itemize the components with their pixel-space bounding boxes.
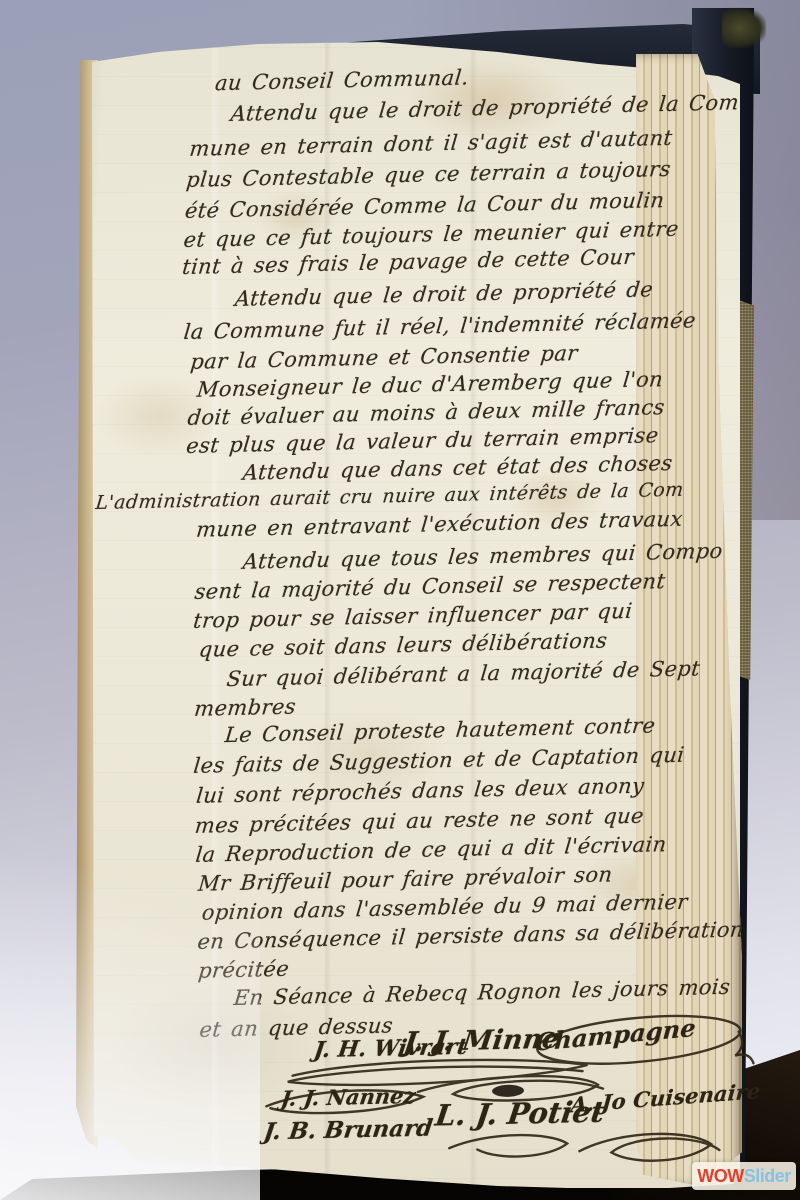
manuscript-line: que ce soit dans leurs délibérations xyxy=(198,630,609,660)
manuscript-line: Attendu que le droit de propriété de la … xyxy=(230,92,740,125)
manuscript-line: Sur quoi délibérant a la majorité de Sep… xyxy=(226,658,702,690)
manuscript-line: la Commune fut il réel, l'indemnité récl… xyxy=(183,310,697,343)
manuscript-line: trop pour se laisser influencer par qui xyxy=(192,601,633,632)
manuscript-line: au Conseil Communal. xyxy=(214,67,470,94)
manuscript-line: plus Contestable que ce terrain a toujou… xyxy=(185,159,672,191)
handwritten-text-layer: au Conseil Communal. Attendu que le droi… xyxy=(0,0,800,1200)
manuscript-line: mes précitées qui au reste ne sont que xyxy=(194,806,645,837)
manuscript-line: précitée xyxy=(197,959,290,982)
watermark[interactable]: WOWSlider xyxy=(692,1162,796,1190)
manuscript-line: mune en terrain dont il s'agit est d'aut… xyxy=(189,128,674,160)
manuscript-line: membres xyxy=(193,697,297,720)
watermark-slider-label: Slider xyxy=(744,1166,791,1187)
manuscript-line: sent la majorité du Conseil se respecten… xyxy=(194,571,667,603)
manuscript-line: Attendu que tous les membres qui Compo xyxy=(242,541,724,573)
manuscript-line: par la Commune et Consentie par xyxy=(189,343,578,373)
manuscript-line: lui sont réprochés dans les deux anony xyxy=(195,776,645,807)
manuscript-line: opinion dans l'assemblée du 9 mai dernie… xyxy=(201,892,689,924)
manuscript-line: les faits de Suggestion et de Captation … xyxy=(193,745,686,777)
manuscript-line: Mr Briffeuil pour faire prévaloir son xyxy=(197,864,613,894)
watermark-wow-label: WOW xyxy=(697,1166,743,1187)
manuscript-line: Le Conseil proteste hautement contre xyxy=(224,715,657,746)
manuscript-photo: au Conseil Communal. Attendu que le droi… xyxy=(0,0,800,1200)
manuscript-line: mune en entravant l'exécution des travau… xyxy=(195,509,684,541)
manuscript-line: tint à ses frais le pavage de cette Cour xyxy=(181,247,635,278)
manuscript-line: la Reproduction de ce qui a dit l'écriva… xyxy=(195,834,668,866)
manuscript-line: Attendu que dans cet état des choses xyxy=(242,453,674,484)
manuscript-line: En Séance à Rebecq Rognon les jours mois xyxy=(233,977,732,1009)
manuscript-line: Attendu que le droit de propriété de xyxy=(234,279,654,310)
ink-blot xyxy=(492,1084,524,1097)
manuscript-line: été Considérée Comme la Cour du moulin xyxy=(184,190,666,222)
manuscript-line: en Conséquence il persiste dans sa délib… xyxy=(197,919,745,952)
